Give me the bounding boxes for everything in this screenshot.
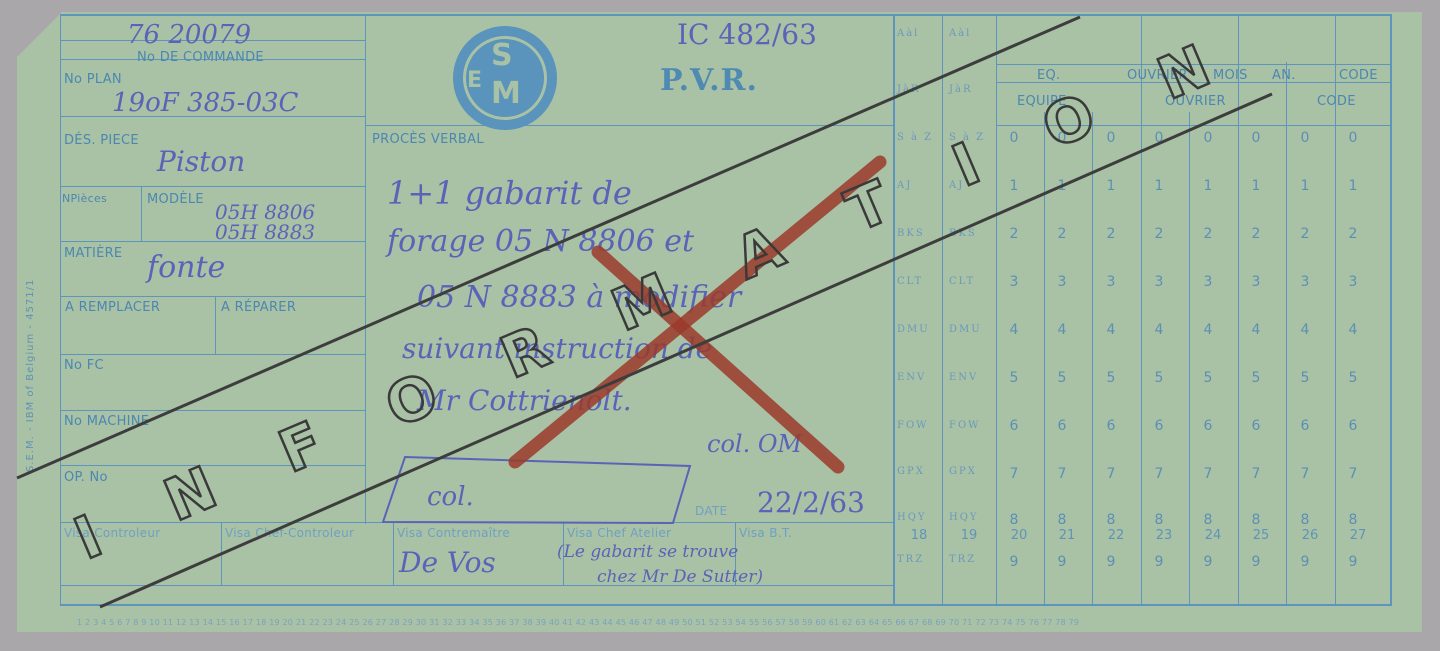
pencil-band-bottom — [100, 94, 1272, 607]
pen-box — [383, 457, 690, 523]
information-stamp: I N F O R M A T I O N — [65, 29, 1225, 573]
overlay-markings: I N F O R M A T I O N — [0, 0, 1440, 651]
stamp-letter: I N F O R M A T I O N — [65, 29, 1225, 573]
